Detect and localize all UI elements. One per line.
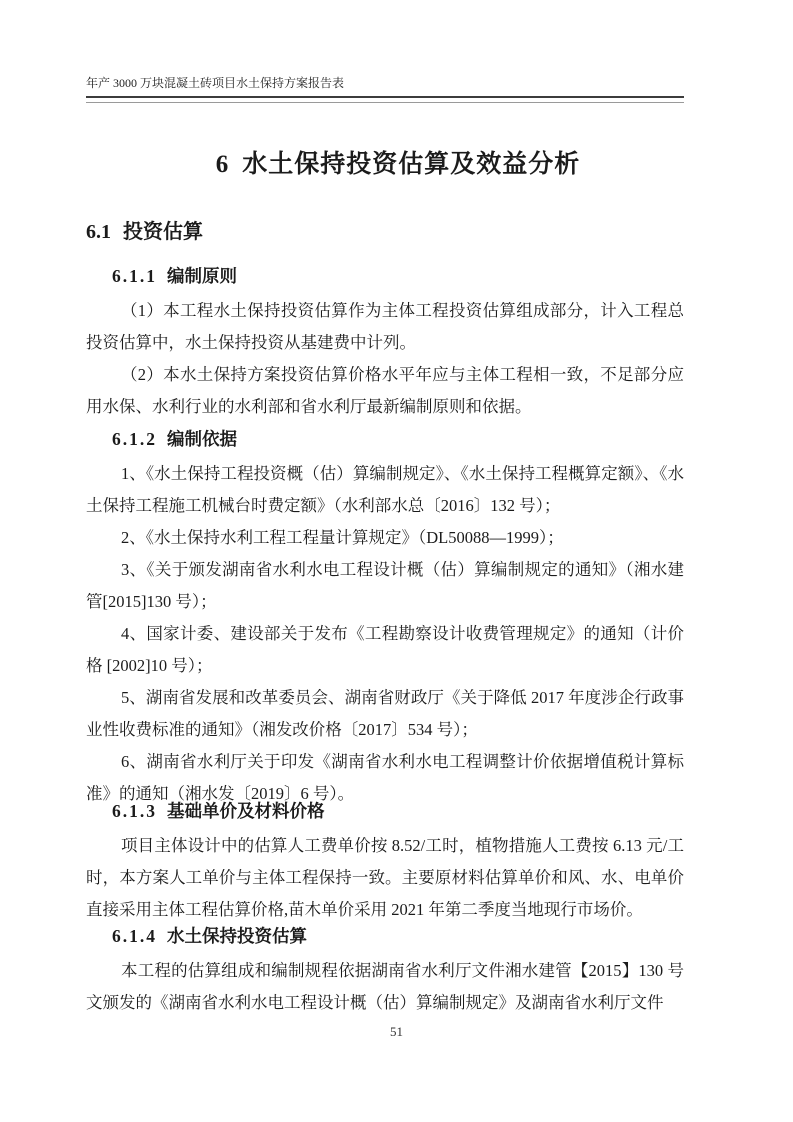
chapter-number: 6 <box>216 151 229 178</box>
subsection-number: 6.1.2 <box>112 429 157 449</box>
subsection-heading-6-1-3: 6.1.3基础单价及材料价格 <box>86 798 684 824</box>
subsection-title-text: 基础单价及材料价格 <box>167 801 325 821</box>
page-number: 51 <box>0 1024 793 1040</box>
header-project-title: 年产 3000 万块混凝土砖项目水土保持方案报告表 <box>86 76 684 96</box>
paragraph: 项目主体设计中的估算人工费单价按 8.52/工时，植物措施人工费按 6.13 元… <box>86 830 684 926</box>
subsection-title-text: 编制原则 <box>167 266 237 286</box>
subsection-number: 6.1.4 <box>112 926 157 946</box>
section-heading-6-1: 6.1投资估算 <box>86 217 684 247</box>
chapter-title-text: 水土保持投资估算及效益分析 <box>242 151 580 178</box>
header-rule <box>86 96 684 103</box>
subsection-number: 6.1.3 <box>112 801 157 821</box>
subsection-heading-6-1-2: 6.1.2编制依据 <box>86 426 684 452</box>
list-item: 3、《关于颁发湖南省水利水电工程设计概（估）算编制规定的通知》（湘水建管[201… <box>86 554 684 618</box>
section-title-text: 投资估算 <box>123 221 203 243</box>
subsection-number: 6.1.1 <box>112 266 157 286</box>
list-item: 4、国家计委、建设部关于发布《工程勘察设计收费管理规定》的通知（计价格 [200… <box>86 618 684 682</box>
paragraph: 本工程的估算组成和编制规程依据湖南省水利厅文件湘水建管【2015】130 号文颁… <box>86 955 684 1019</box>
document-page: 年产 3000 万块混凝土砖项目水土保持方案报告表 6水土保持投资估算及效益分析… <box>0 0 793 1122</box>
paragraph: （1）本工程水土保持投资估算作为主体工程投资估算组成部分，计入工程总投资估算中，… <box>86 295 684 359</box>
list-item: 2、《水土保持水利工程工程量计算规定》（DL50088—1999）； <box>86 522 684 554</box>
subsection-heading-6-1-1: 6.1.1编制原则 <box>86 263 684 289</box>
section-number: 6.1 <box>86 221 111 243</box>
list-item: 1、《水土保持工程投资概（估）算编制规定》、《水土保持工程概算定额》、《水土保持… <box>86 458 684 522</box>
subsection-heading-6-1-4: 6.1.4水土保持投资估算 <box>86 923 684 949</box>
chapter-title: 6水土保持投资估算及效益分析 <box>112 147 684 183</box>
list-item: 5、湖南省发展和改革委员会、湖南省财政厅《关于降低 2017 年度涉企行政事业性… <box>86 682 684 746</box>
paragraph: （2）本水土保持方案投资估算价格水平年应与主体工程相一致，不足部分应用水保、水利… <box>86 359 684 423</box>
page-header: 年产 3000 万块混凝土砖项目水土保持方案报告表 <box>86 76 684 103</box>
subsection-title-text: 水土保持投资估算 <box>167 926 307 946</box>
subsection-title-text: 编制依据 <box>167 429 237 449</box>
